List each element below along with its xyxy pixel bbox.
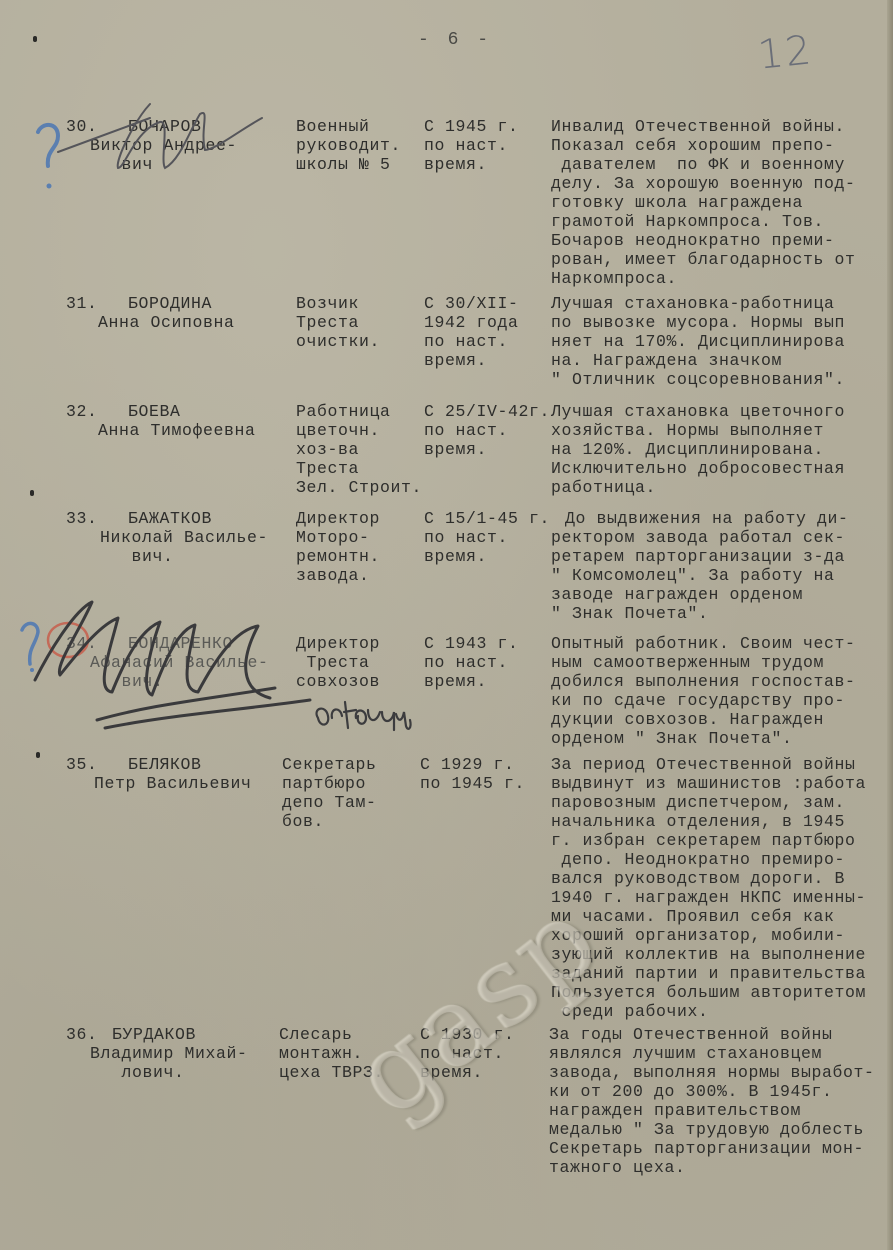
- entry-description-line: Исключительно добросовестная: [551, 459, 845, 478]
- entry-given-name: Николай Васильe-: [100, 528, 268, 547]
- entry-period: С 25/IV-42г.: [424, 402, 550, 421]
- entry-description-line: дукции совхозов. Награжден: [551, 710, 824, 729]
- entry-description-line: хозяйства. Нормы выполняет: [551, 421, 824, 440]
- entry-given-name: Петр Васильевич: [94, 774, 252, 793]
- entry-description-line: " Комсомолец". За работу на: [551, 566, 835, 585]
- entry-position: Треста: [296, 313, 359, 332]
- entry-description-line: ки от 200 до 300%. В 1945г.: [549, 1082, 833, 1101]
- blue-question-mark-icon: [22, 623, 38, 672]
- entry-given-name: Анна Осиповна: [98, 313, 235, 332]
- entry-description-line: " Отличник соцсоревнования".: [551, 370, 845, 389]
- entry-position: Возчик: [296, 294, 359, 313]
- entry-position: Треста: [296, 459, 359, 478]
- entry-description-line: Лучшая стахановка цветочного: [551, 402, 845, 421]
- paper-speck: [30, 490, 34, 496]
- entry-description-line: работница.: [551, 478, 656, 497]
- entry-description-line: ретарем парторганизации з-да: [551, 547, 845, 566]
- entry-position: хоз-ва: [296, 440, 359, 459]
- entry-description-line: тажного цеха.: [549, 1158, 686, 1177]
- entry-number: 32.: [66, 402, 98, 421]
- entry-description-line: ным самоотверженным трудом: [551, 653, 824, 672]
- entry-position: цветочн.: [296, 421, 380, 440]
- entry-position: Секретарь: [282, 755, 377, 774]
- entry-period: по наст.: [424, 332, 508, 351]
- entry-description-line: ми часами. Проявил себя как: [551, 907, 835, 926]
- entry-position: Зел. Строит.: [296, 478, 422, 497]
- entry-description-line: вался руководством дороги. В: [551, 869, 845, 888]
- entry-surname: БОНДАРЕНКО: [128, 634, 233, 653]
- entry-period: время.: [424, 351, 487, 370]
- blue-question-mark-icon: [38, 125, 58, 189]
- entry-description-line: по вывозке мусора. Нормы вып: [551, 313, 845, 332]
- entry-description-line: заводе награжден орденом: [551, 585, 803, 604]
- entry-number: 36.: [66, 1025, 98, 1044]
- entry-description-line: Опытный работник. Своим чест-: [551, 634, 856, 653]
- entry-period: С 1943 г.: [424, 634, 519, 653]
- entry-position: Директор: [296, 509, 380, 528]
- entry-period: по наст.: [424, 421, 508, 440]
- entry-description-line: " Знак Почета".: [551, 604, 709, 623]
- entry-description-line: ректором завода работал сек-: [551, 528, 845, 547]
- entry-description-line: орденом " Знак Почета".: [551, 729, 793, 748]
- entry-period: по наст.: [424, 528, 508, 547]
- entry-description-line: начальника отделения, в 1945: [551, 812, 845, 831]
- entry-description-line: рован, имеет благодарность от: [551, 250, 856, 269]
- entry-description-line: являлся лучшим стахановцем: [549, 1044, 822, 1063]
- entry-period: по 1945 г.: [420, 774, 525, 793]
- entry-description-line: 1940 г. награжден НКПС именны-: [551, 888, 866, 907]
- entry-surname: БОЧАРОВ: [128, 117, 202, 136]
- entry-description-line: на 120%. Дисциплинирована.: [551, 440, 824, 459]
- entry-given-name: Анна Тимофеевна: [98, 421, 256, 440]
- entry-description-line: Наркомпроса.: [551, 269, 677, 288]
- folio-number: 12: [756, 27, 815, 78]
- entry-description-line: До выдвижения на работу ди-: [565, 509, 849, 528]
- entry-surname: БОРОДИНА: [128, 294, 212, 313]
- entry-period: С 1945 г.: [424, 117, 519, 136]
- entry-number: 35.: [66, 755, 98, 774]
- entry-description-line: депо. Неоднократно премиро-: [551, 850, 845, 869]
- entry-number: 31.: [66, 294, 98, 313]
- entry-period: время.: [424, 440, 487, 459]
- entry-description-line: Бочаров неоднократно преми-: [551, 231, 835, 250]
- entry-description-line: Лучшая стахановка-работница: [551, 294, 835, 313]
- entry-position: Военный: [296, 117, 370, 136]
- entry-description-line: За период Отечественной войны: [551, 755, 856, 774]
- entry-description-line: ки по сдаче государству про-: [551, 691, 845, 710]
- entry-position: партбюро: [282, 774, 366, 793]
- entry-given-name: Владимир Михай-: [90, 1044, 248, 1063]
- entry-position: Директор: [296, 634, 380, 653]
- entry-position: очистки.: [296, 332, 380, 351]
- page-number: - 6 -: [418, 30, 492, 50]
- entry-position: Моторо-: [296, 528, 370, 547]
- entry-description-line: завода, выполняя нормы выработ-: [549, 1063, 875, 1082]
- handwritten-note-icon: [317, 702, 411, 730]
- entry-position: депо Там-: [282, 793, 377, 812]
- entry-period: 1942 года: [424, 313, 519, 332]
- entry-period: время.: [424, 547, 487, 566]
- entry-surname: БУРДАКОВ: [112, 1025, 196, 1044]
- entry-description-line: на. Награждена значком: [551, 351, 782, 370]
- entry-description-line: Показал себя хорошим препо-: [551, 136, 835, 155]
- entry-position: завода.: [296, 566, 370, 585]
- entry-surname: БОЕВА: [128, 402, 181, 421]
- entry-number: 30.: [66, 117, 98, 136]
- entry-description-line: Секретарь парторганизации мон-: [549, 1139, 864, 1158]
- entry-given-name: лович.: [90, 1063, 185, 1082]
- entry-description-line: готовку школа награждена: [551, 193, 803, 212]
- entry-period: по наст.: [424, 653, 508, 672]
- entry-surname: БЕЛЯКОВ: [128, 755, 202, 774]
- entry-description-line: давателем по ФК и военному: [551, 155, 845, 174]
- entry-position: бов.: [282, 812, 324, 831]
- entry-number: 33.: [66, 509, 98, 528]
- paper-speck: [33, 36, 37, 42]
- entry-period: С 15/1-45 г.: [424, 509, 550, 528]
- entry-given-name: Виктор Андрее-: [90, 136, 237, 155]
- entry-description-line: Инвалид Отечественной войны.: [551, 117, 845, 136]
- entry-surname: БАЖАТКОВ: [128, 509, 212, 528]
- entry-description-line: паровозным диспетчером, зам.: [551, 793, 845, 812]
- entry-period: по наст.: [424, 136, 508, 155]
- entry-description-line: выдвинут из машинистов :работа: [551, 774, 866, 793]
- entry-given-name: вич.: [90, 672, 164, 691]
- entry-description-line: За годы Отечественной войны: [549, 1025, 833, 1044]
- entry-description-line: грамотой Наркомпроса. Тов.: [551, 212, 824, 231]
- entry-period: время.: [424, 155, 487, 174]
- entry-given-name: вич: [90, 155, 153, 174]
- entry-position: Работница: [296, 402, 391, 421]
- entry-description-line: добился выполнения госпостав-: [551, 672, 856, 691]
- entry-given-name: Афанасий Василье-: [90, 653, 269, 672]
- entry-description-line: награжден правительством: [549, 1101, 801, 1120]
- entry-position: Треста: [296, 653, 370, 672]
- entry-given-name: вич.: [100, 547, 174, 566]
- paper-speck: [36, 752, 40, 758]
- entry-description-line: делу. За хорошую военную под-: [551, 174, 856, 193]
- entry-number: 34.: [66, 634, 98, 653]
- entry-position: ремонтн.: [296, 547, 380, 566]
- page-edge: [887, 0, 893, 1250]
- entry-position: совхозов: [296, 672, 380, 691]
- entry-period: время.: [424, 672, 487, 691]
- entry-position: руководит.: [296, 136, 401, 155]
- entry-position: школы № 5: [296, 155, 391, 174]
- entry-description-line: няет на 170%. Дисциплинирова: [551, 332, 845, 351]
- entry-description-line: медалью " За трудовую доблесть: [549, 1120, 864, 1139]
- entry-period: С 30/XII-: [424, 294, 519, 313]
- entry-description-line: г. избран секретарем партбюро: [551, 831, 856, 850]
- entry-period: С 1929 г.: [420, 755, 515, 774]
